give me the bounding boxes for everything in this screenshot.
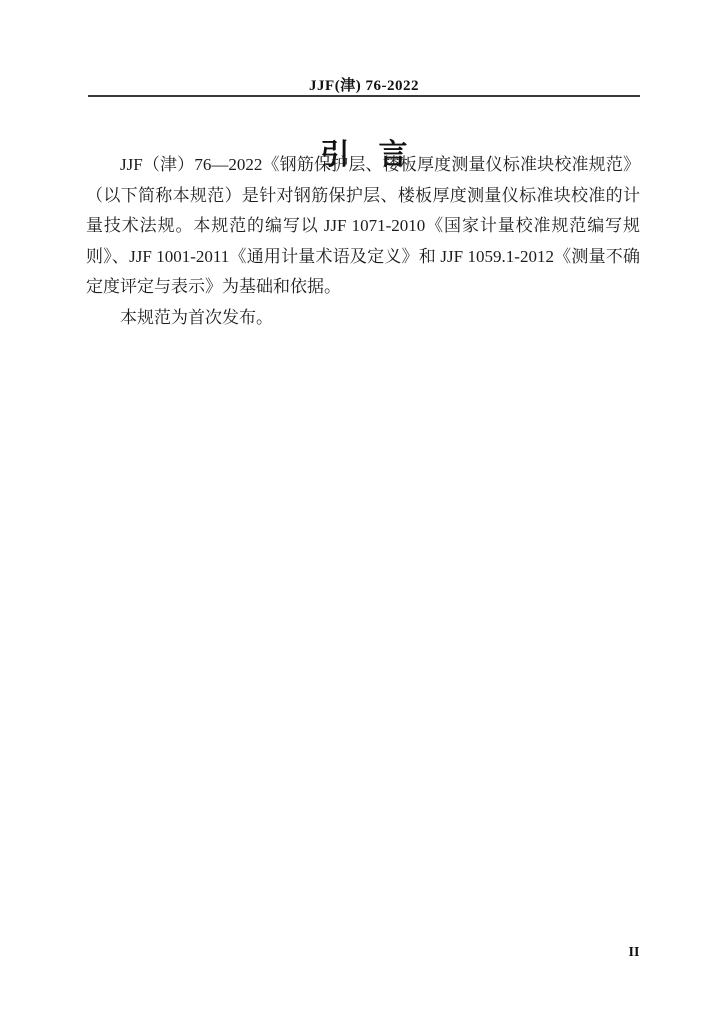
body-paragraph: JJF（津）76—2022《钢筋保护层、楼板厚度测量仪标准块校准规范》（以下简称… bbox=[86, 150, 640, 303]
header-standard-code: JJF(津) 76-2022 bbox=[88, 74, 640, 95]
body-paragraph: 本规范为首次发布。 bbox=[86, 303, 640, 334]
page-number: II bbox=[624, 945, 644, 961]
header-rule bbox=[88, 95, 640, 97]
document-page: JJF(津) 76-2022 引 言 JJF（津）76—2022《钢筋保护层、楼… bbox=[0, 0, 724, 1024]
body-text: JJF（津）76—2022《钢筋保护层、楼板厚度测量仪标准块校准规范》（以下简称… bbox=[86, 150, 640, 333]
